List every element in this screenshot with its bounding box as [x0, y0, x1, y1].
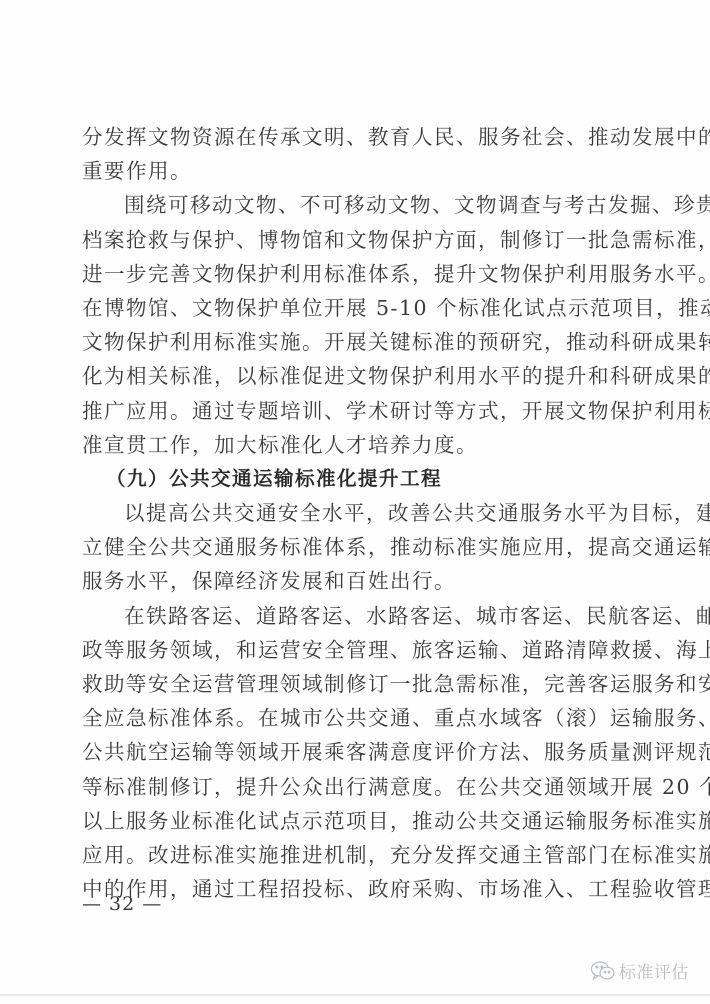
bottom-divider — [0, 994, 710, 996]
wechat-icon — [590, 960, 616, 982]
text-line: 救助等安全运营管理领域制修订一批急需标准，完善客运服务和安 — [82, 667, 610, 701]
text-line: 重要作用。 — [82, 154, 610, 188]
watermark: 标准评估 — [590, 958, 689, 983]
text-line: 等标准制修订，提升公众出行满意度。在公共交通领域开展 20 个 — [82, 770, 610, 804]
text-line: 以上服务业标准化试点示范项目，推动公共交通运输服务标准实施 — [82, 804, 610, 838]
document-page: 分发挥文物资源在传承文明、教育人民、服务社会、推动发展中的 重要作用。 围绕可移… — [0, 0, 710, 1004]
text-line: 全应急标准体系。在城市公共交通、重点水域客（滚）运输服务、 — [82, 701, 610, 735]
text-line: 服务水平，保障经济发展和百姓出行。 — [82, 564, 610, 598]
text-line: 准宣贯工作，加大标准化人才培养力度。 — [82, 428, 610, 462]
text-line: 进一步完善文物保护利用标准体系，提升文物保护利用服务水平。 — [82, 257, 610, 291]
paragraph-start-line: 在铁路客运、道路客运、水路客运、城市客运、民航客运、邮 — [82, 599, 610, 633]
text-line: 在博物馆、文物保护单位开展 5-10 个标准化试点示范项目，推动 — [82, 291, 610, 325]
section-heading: （九）公共交通运输标准化提升工程 — [82, 462, 610, 496]
text-line: 公共航空运输等领域开展乘客满意度评价方法、服务质量测评规范 — [82, 735, 610, 769]
document-body: 分发挥文物资源在传承文明、教育人民、服务社会、推动发展中的 重要作用。 围绕可移… — [82, 120, 610, 906]
page-number: — 32 — — [82, 893, 162, 915]
text-line: 立健全公共交通服务标准体系，推动标准实施应用，提高交通运输 — [82, 530, 610, 564]
text-line: 化为相关标准，以标准促进文物保护利用水平的提升和科研成果的 — [82, 359, 610, 393]
paragraph-start-line: 围绕可移动文物、不可移动文物、文物调查与考古发掘、珍贵 — [82, 188, 610, 222]
text-line: 政等服务领域，和运营安全管理、旅客运输、道路清障救援、海上 — [82, 633, 610, 667]
text-line: 应用。改进标准实施推进机制，充分发挥交通主管部门在标准实施 — [82, 838, 610, 872]
text-line: 分发挥文物资源在传承文明、教育人民、服务社会、推动发展中的 — [82, 120, 610, 154]
text-line: 档案抢救与保护、博物馆和文物保护方面，制修订一批急需标准， — [82, 223, 610, 257]
text-line: 文物保护利用标准实施。开展关键标准的预研究，推动科研成果转 — [82, 325, 610, 359]
watermark-label: 标准评估 — [619, 958, 689, 983]
text-line: 推广应用。通过专题培训、学术研讨等方式，开展文物保护利用标 — [82, 394, 610, 428]
paragraph-start-line: 以提高公共交通安全水平，改善公共交通服务水平为目标，建 — [82, 496, 610, 530]
